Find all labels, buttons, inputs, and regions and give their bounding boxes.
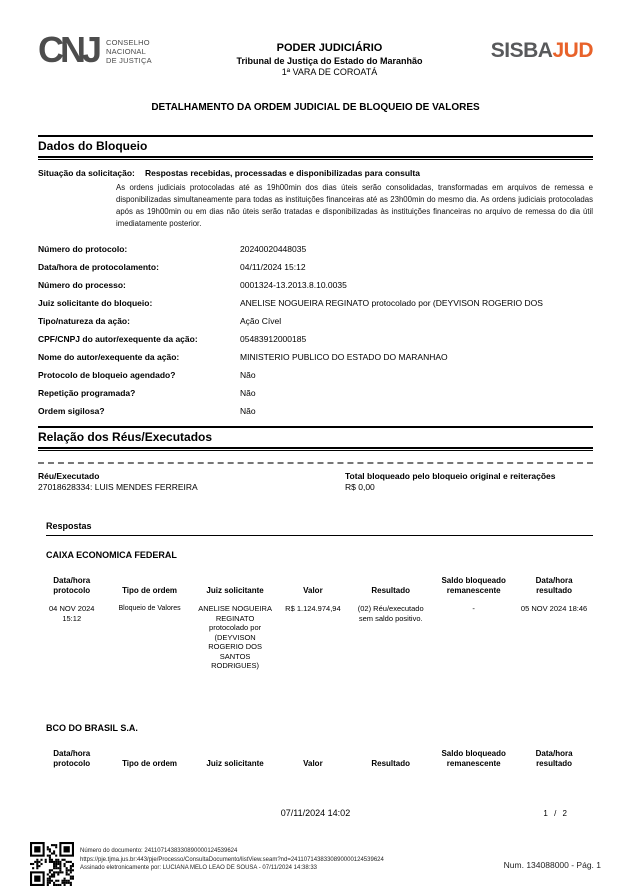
situacao-row: Situação da solicitação: Respostas receb… xyxy=(38,168,593,178)
qr-code xyxy=(30,842,74,886)
field-value: 20240020448035 xyxy=(240,244,306,254)
section-relacao-reus: Relação dos Réus/Executados xyxy=(38,426,593,451)
field-label: Número do processo: xyxy=(38,280,240,290)
field-label: Ordem sigilosa? xyxy=(38,406,240,416)
field-value: 04/11/2024 15:12 xyxy=(240,262,306,272)
bank-name-bco-brasil: BCO DO BRASIL S.A. xyxy=(46,723,593,733)
section-rule-bottom-thin xyxy=(38,159,593,160)
cell-resultado: (02) Réu/executado sem saldo positivo. xyxy=(349,598,432,677)
footer-datetime: 07/11/2024 14:02 xyxy=(0,808,631,818)
col-data-hora-resultado: Data/hora resultado xyxy=(515,574,593,598)
field-row-numero-processo: Número do processo: 0001324-13.2013.8.10… xyxy=(38,280,593,290)
cnj-logo-mark: CNJ xyxy=(38,33,106,67)
col-data-hora-resultado: Data/hora resultado xyxy=(515,747,593,771)
col-tipo-ordem: Tipo de ordem xyxy=(105,574,193,598)
field-row-juiz-solicitante: Juiz solicitante do bloqueio: ANELISE NO… xyxy=(38,298,593,308)
cell-tipo-ordem: Bloqueio de Valores xyxy=(105,598,193,677)
col-saldo-remanescente: Saldo bloqueado remanescente xyxy=(432,574,515,598)
cell-data-hora-resultado: 05 NOV 2024 18:46 xyxy=(515,598,593,677)
cell-saldo-remanescente: - xyxy=(432,598,515,677)
col-resultado: Resultado xyxy=(349,747,432,771)
field-value: ANELISE NOGUEIRA REGINATO protocolado po… xyxy=(240,298,543,308)
section-title-dados: Dados do Bloqueio xyxy=(38,137,593,156)
field-value: Não xyxy=(240,406,256,416)
total-label: Total bloqueado pelo bloqueio original e… xyxy=(345,471,555,482)
field-value: MINISTERIO PUBLICO DO ESTADO DO MARANHAO xyxy=(240,352,448,362)
total-value: R$ 0,00 xyxy=(345,482,555,493)
table-header-row: Data/hora protocolo Tipo de ordem Juiz s… xyxy=(38,574,593,598)
signed-by: Assinado eletronicamente por: LUCIANA ME… xyxy=(80,864,504,873)
court-header: PODER JUDICIÁRIO Tribunal de Justiça do … xyxy=(196,33,463,78)
org-title: PODER JUDICIÁRIO xyxy=(196,42,463,55)
reu-label: Réu/Executado xyxy=(38,471,345,482)
respostas-heading: Respostas xyxy=(46,521,593,536)
bank-name-caixa: CAIXA ECONOMICA FEDERAL xyxy=(46,550,593,560)
field-row-nome-autor: Nome do autor/exequente da ação: MINISTE… xyxy=(38,352,593,362)
field-value: 0001324-13.2013.8.10.0035 xyxy=(240,280,347,290)
vara-name: 1ª VARA DE COROATÁ xyxy=(196,67,463,78)
col-valor: Valor xyxy=(277,574,350,598)
doc-number: Número do documento: 2411071438330890000… xyxy=(80,847,504,856)
sisbajud-logo-jud: JUD xyxy=(552,39,593,62)
col-saldo-remanescente: Saldo bloqueado remanescente xyxy=(432,747,515,771)
section-title-relacao: Relação dos Réus/Executados xyxy=(38,428,593,447)
footer-page-indicator: 1 / 2 xyxy=(543,809,569,818)
col-valor: Valor xyxy=(277,747,350,771)
field-label: CPF/CNPJ do autor/exequente da ação: xyxy=(38,334,240,344)
page-header: CNJ CONSELHO NACIONAL DE JUSTIÇA PODER J… xyxy=(38,33,593,78)
field-label: Data/hora de protocolamento: xyxy=(38,262,240,272)
col-data-hora-protocolo: Data/hora protocolo xyxy=(38,747,105,771)
sisbajud-logo-sisba: SISBA xyxy=(491,39,553,62)
responses-table-bco-brasil: Data/hora protocolo Tipo de ordem Juiz s… xyxy=(38,747,593,771)
situacao-label: Situação da solicitação: xyxy=(38,168,145,178)
cnj-logo-caption: CONSELHO NACIONAL DE JUSTIÇA xyxy=(106,33,152,65)
table-row: 04 NOV 2024 15:12 Bloqueio de Valores AN… xyxy=(38,598,593,677)
court-name: Tribunal de Justiça do Estado do Maranhã… xyxy=(196,55,463,67)
reu-executado-block: Réu/Executado 27018628334: LUIS MENDES F… xyxy=(38,471,345,493)
field-value: 05483912000185 xyxy=(240,334,306,344)
field-label: Tipo/natureza da ação: xyxy=(38,316,240,326)
responses-table-caixa: Data/hora protocolo Tipo de ordem Juiz s… xyxy=(38,574,593,677)
section-rule-bottom xyxy=(38,156,593,158)
field-row-bloqueio-agendado: Protocolo de bloqueio agendado? Não xyxy=(38,370,593,380)
situacao-note: As ordens judiciais protocoladas até as … xyxy=(116,182,593,230)
field-row-tipo-acao: Tipo/natureza da ação: Ação Cível xyxy=(38,316,593,326)
cnj-logo: CNJ CONSELHO NACIONAL DE JUSTIÇA xyxy=(38,33,196,67)
field-label: Repetição programada? xyxy=(38,388,240,398)
field-label: Número do protocolo: xyxy=(38,244,240,254)
table-header-row: Data/hora protocolo Tipo de ordem Juiz s… xyxy=(38,747,593,771)
document-title: DETALHAMENTO DA ORDEM JUDICIAL DE BLOQUE… xyxy=(38,102,593,113)
field-label: Protocolo de bloqueio agendado? xyxy=(38,370,240,380)
dados-fields: Número do protocolo: 20240020448035 Data… xyxy=(38,244,593,416)
signature-text-block: Número do documento: 2411071438330890000… xyxy=(80,842,504,873)
field-row-ordem-sigilosa: Ordem sigilosa? Não xyxy=(38,406,593,416)
field-row-numero-protocolo: Número do protocolo: 20240020448035 xyxy=(38,244,593,254)
col-resultado: Resultado xyxy=(349,574,432,598)
field-value: Ação Cível xyxy=(240,316,281,326)
field-row-cpf-cnpj: CPF/CNPJ do autor/exequente da ação: 054… xyxy=(38,334,593,344)
field-label: Nome do autor/exequente da ação: xyxy=(38,352,240,362)
reu-executado-row: Réu/Executado 27018628334: LUIS MENDES F… xyxy=(38,471,593,493)
doc-url-link[interactable]: https://pje.tjma.jus.br:443/pje/Processo… xyxy=(80,857,384,863)
cell-data-hora-protocolo: 04 NOV 2024 15:12 xyxy=(38,598,105,677)
col-tipo-ordem: Tipo de ordem xyxy=(105,747,193,771)
document-page: CNJ CONSELHO NACIONAL DE JUSTIÇA PODER J… xyxy=(0,0,631,894)
field-row-repeticao: Repetição programada? Não xyxy=(38,388,593,398)
situacao-value: Respostas recebidas, processadas e dispo… xyxy=(145,168,420,178)
cell-valor: R$ 1.124.974,94 xyxy=(277,598,350,677)
field-row-data-protocolamento: Data/hora de protocolamento: 04/11/2024 … xyxy=(38,262,593,272)
section-rule-bottom xyxy=(38,447,593,449)
signature-strip: Número do documento: 2411071438330890000… xyxy=(30,842,601,886)
field-value: Não xyxy=(240,388,256,398)
field-value: Não xyxy=(240,370,256,380)
field-label: Juiz solicitante do bloqueio: xyxy=(38,298,240,308)
num-pag-label: Num. 134088000 - Pág. 1 xyxy=(504,842,601,870)
col-data-hora-protocolo: Data/hora protocolo xyxy=(38,574,105,598)
section-rule-bottom-thin xyxy=(38,450,593,451)
col-juiz-solicitante: Juiz solicitante xyxy=(194,747,277,771)
col-juiz-solicitante: Juiz solicitante xyxy=(194,574,277,598)
reu-value: 27018628334: LUIS MENDES FERREIRA xyxy=(38,482,345,493)
cell-juiz-solicitante: ANELISE NOGUEIRA REGINATO protocolado po… xyxy=(194,598,277,677)
total-bloqueado-block: Total bloqueado pelo bloqueio original e… xyxy=(345,471,555,493)
dashed-divider xyxy=(38,462,593,464)
sisbajud-logo: SISBAJUD xyxy=(463,33,593,63)
section-dados-bloqueio: Dados do Bloqueio xyxy=(38,135,593,160)
